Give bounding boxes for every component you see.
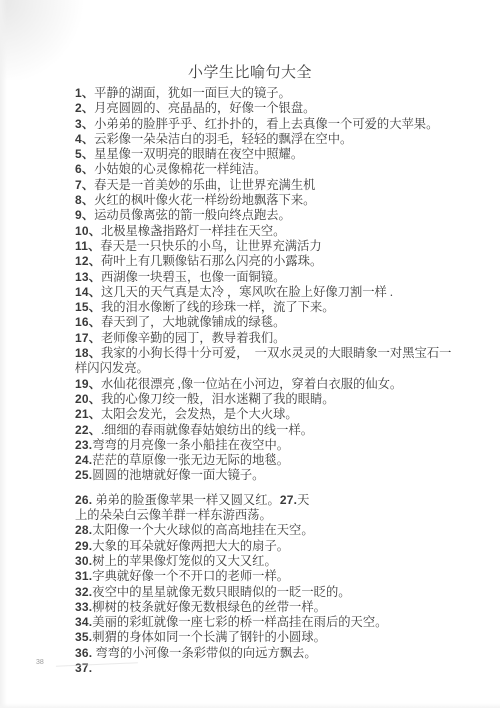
list-item: 30.树上的苹果像灯笼似的又大又红。: [75, 554, 467, 569]
item-text: .细细的春雨就像春姑娘纺出的线一样。: [101, 423, 313, 437]
item-number: 13、: [75, 270, 101, 284]
list-item: 23.弯弯的月亮像一条小船挂在夜空中。: [75, 438, 467, 453]
item-number: 14、: [75, 285, 101, 299]
item-number: 17、: [75, 331, 101, 345]
item-number: 2、: [75, 101, 94, 115]
item-number: 37.: [75, 661, 92, 675]
item-number: 16、: [75, 315, 101, 329]
item-text: 水仙花很漂亮 ,像一位站在小河边，穿着白衣服的仙女。: [101, 377, 402, 391]
document-page: 小学生比喻句大全 1、平静的湖面，犹如一面巨大的镜子。 2、月亮圆圆的、亮晶晶的…: [0, 0, 500, 708]
list-item: 22、.细细的春雨就像春姑娘纺出的线一样。: [75, 423, 467, 438]
list-item: 19、水仙花很漂亮 ,像一位站在小河边，穿着白衣服的仙女。: [75, 377, 467, 392]
item-text: 春天是一只快乐的小鸟，让世界充满活力: [100, 239, 321, 253]
item-number: 27.: [280, 493, 297, 507]
item-text: 天: [297, 493, 309, 507]
item-number: 10、: [75, 224, 101, 238]
item-text: 小弟弟的脸胖乎乎、红扑扑的，看上去真像一个可爱的大苹果。: [94, 117, 438, 131]
item-text: 春天到了，大地就像铺成的绿毯。: [101, 315, 285, 329]
list-item: 13、西湖像一块碧玉，也像一面铜镜。: [75, 270, 467, 285]
list-item: 8、火红的枫叶像火花一样纷纷地飘落下来。: [75, 193, 467, 208]
item-text: 圆圆的池塘就好像一面大镜子。: [92, 468, 264, 482]
item-number: 23.: [75, 438, 92, 452]
item-text: 样闪闪发亮。: [75, 361, 149, 375]
item-number: 30.: [75, 554, 92, 568]
list-item: 4、云彩像一朵朵洁白的羽毛，轻轻的飘浮在空中。: [75, 132, 467, 147]
list-item: 32.夜空中的星星就像无数只眼睛似的一眨一眨的。: [75, 585, 467, 600]
item-number: 24.: [75, 453, 92, 467]
list-item: 26. 弟弟的脸蛋像苹果一样又圆又红。27.天: [75, 493, 467, 508]
list-item: 5、星星像一双明亮的眼睛在夜空中照耀。: [75, 147, 467, 162]
list-item: 15、我的泪水像断了线的珍珠一样，流了下来。: [75, 300, 467, 315]
item-number: 26.: [75, 493, 92, 507]
list-item: 2、月亮圆圆的、亮晶晶的，好像一个银盘。: [75, 101, 467, 116]
footer-page-number: 38: [36, 659, 44, 666]
list-item: 28.太阳像一个大火球似的高高地挂在天空。: [75, 523, 467, 538]
item-number: 31.: [75, 569, 92, 583]
list-item: 35.刺猬的身体如同一个长满了钢针的小圆球。: [75, 630, 467, 645]
item-number: 19、: [75, 377, 101, 391]
simile-list: 1、平静的湖面，犹如一面巨大的镜子。 2、月亮圆圆的、亮晶晶的，好像一个银盘。 …: [75, 86, 467, 676]
item-number: 28.: [75, 523, 92, 537]
item-text: 北极星橡盏指路灯一样挂在天空。: [101, 224, 285, 238]
item-number: 4、: [75, 132, 94, 146]
list-item: 21、太阳会发光，会发热，是个大火球。: [75, 407, 467, 422]
item-number: 33.: [75, 600, 92, 614]
item-text: 上的朵朵白云像羊群一样东游西荡。: [75, 508, 272, 522]
item-text: 老师像辛勤的园丁，教导着我们。: [101, 331, 285, 345]
list-item: 12、荷叶上有几颗像钻石那么闪亮的小露珠。: [75, 254, 467, 269]
item-number: 35.: [75, 630, 92, 644]
list-item: 7、春天是一首美妙的乐曲，让世界充满生机: [75, 178, 467, 193]
list-item: 11、春天是一只快乐的小鸟，让世界充满活力: [75, 239, 467, 254]
list-item-continuation: 样闪闪发亮。: [75, 361, 467, 376]
item-text: 字典就好像一个不开口的老师一样。: [92, 569, 289, 583]
item-text: 星星像一双明亮的眼睛在夜空中照耀。: [94, 147, 303, 161]
item-number: 1、: [75, 86, 94, 100]
list-item: 29.大象的耳朵就好像两把大大的扇子。: [75, 539, 467, 554]
page-title: 小学生比喻句大全: [0, 61, 500, 82]
item-text: 西湖像一块碧玉，也像一面铜镜。: [101, 270, 285, 284]
list-item: 31.字典就好像一个不开口的老师一样。: [75, 569, 467, 584]
item-text: 大象的耳朵就好像两把大大的扇子。: [92, 539, 289, 553]
list-item: 20、我的心像刀绞一般，泪水迷糊了我的眼睛。: [75, 392, 467, 407]
list-item: 3、小弟弟的脸胖乎乎、红扑扑的，看上去真像一个可爱的大苹果。: [75, 117, 467, 132]
item-number: 7、: [75, 178, 94, 192]
list-item: 17、老师像辛勤的园丁，教导着我们。: [75, 331, 467, 346]
item-number: 3、: [75, 117, 94, 131]
list-item: 10、北极星橡盏指路灯一样挂在天空。: [75, 224, 467, 239]
item-number: 21、: [75, 407, 101, 421]
item-text: 火红的枫叶像火花一样纷纷地飘落下来。: [94, 193, 315, 207]
item-text: 夜空中的星星就像无数只眼睛似的一眨一眨的。: [92, 585, 350, 599]
item-text: 运动员像离弦的箭一般向终点跑去。: [94, 208, 291, 222]
list-item: 18、我家的小狗长得十分可爱， 一双水灵灵的大眼睛象一对黑宝石一: [75, 346, 467, 361]
item-text: 弟弟的脸蛋像苹果一样又圆又红。: [92, 493, 280, 507]
item-text: 小姑娘的心灵像棉花一样纯洁。: [94, 162, 266, 176]
item-text: 茫茫的草原像一张无边无际的地毯。: [92, 453, 289, 467]
list-item: 6、小姑娘的心灵像棉花一样纯洁。: [75, 162, 467, 177]
item-text: 太阳像一个大火球似的高高地挂在天空。: [92, 523, 313, 537]
item-number: 36.: [75, 646, 92, 660]
scan-left-edge: [0, 0, 7, 708]
item-text: 月亮圆圆的、亮晶晶的，好像一个银盘。: [94, 101, 315, 115]
item-text: 荷叶上有几颗像钻石那么闪亮的小露珠。: [101, 254, 322, 268]
item-text: 刺猬的身体如同一个长满了钢针的小圆球。: [92, 630, 326, 644]
item-text: 我的心像刀绞一般，泪水迷糊了我的眼睛。: [101, 392, 335, 406]
item-number: 22、: [75, 423, 101, 437]
item-number: 6、: [75, 162, 94, 176]
list-item: 1、平静的湖面，犹如一面巨大的镜子。: [75, 86, 467, 101]
item-text: 云彩像一朵朵洁白的羽毛，轻轻的飘浮在空中。: [94, 132, 352, 146]
item-text: 弯弯的小河像一条彩带似的向远方飘去。: [92, 646, 316, 660]
item-number: 5、: [75, 147, 94, 161]
item-number: 25.: [75, 468, 92, 482]
list-item: 33.柳树的枝条就好像无数根绿色的丝带一样。: [75, 600, 467, 615]
list-item: 14、这几天的天气真是太冷 ，寒风吹在脸上好像刀割一样 .: [75, 285, 467, 300]
item-number: 20、: [75, 392, 101, 406]
item-number: 8、: [75, 193, 94, 207]
list-item: 16、春天到了，大地就像铺成的绿毯。: [75, 315, 467, 330]
item-number: 29.: [75, 539, 92, 553]
list-item: 37.: [75, 661, 467, 676]
item-number: 11、: [75, 239, 100, 253]
list-item-continuation: 上的朵朵白云像羊群一样东游西荡。: [75, 508, 467, 523]
item-text: 平静的湖面，犹如一面巨大的镜子。: [94, 86, 291, 100]
item-text: 树上的苹果像灯笼似的又大又红。: [92, 554, 276, 568]
list-item: 36. 弯弯的小河像一条彩带似的向远方飘去。: [75, 646, 467, 661]
item-text: 我家的小狗长得十分可爱， 一双水灵灵的大眼睛象一对黑宝石一: [101, 346, 451, 360]
item-text: 太阳会发光，会发热，是个大火球。: [101, 407, 298, 421]
item-text: 柳树的枝条就好像无数根绿色的丝带一样。: [92, 600, 326, 614]
list-item: 24.茫茫的草原像一张无边无际的地毯。: [75, 453, 467, 468]
item-number: 12、: [75, 254, 101, 268]
item-text: 这几天的天气真是太冷 ，寒风吹在脸上好像刀割一样 .: [101, 285, 393, 299]
list-item: 9、运动员像离弦的箭一般向终点跑去。: [75, 208, 467, 223]
item-text: 美丽的彩虹就像一座七彩的桥一样高挂在雨后的天空。: [92, 615, 387, 629]
list-item: 25.圆圆的池塘就好像一面大镜子。: [75, 468, 467, 483]
item-number: 9、: [75, 208, 94, 222]
item-number: 18、: [75, 346, 101, 360]
scan-bottom-edge: [0, 703, 500, 708]
item-text: 我的泪水像断了线的珍珠一样，流了下来。: [101, 300, 335, 314]
item-number: 34.: [75, 615, 92, 629]
item-number: 32.: [75, 585, 92, 599]
item-text: 春天是一首美妙的乐曲，让世界充满生机: [94, 178, 315, 192]
item-number: 15、: [75, 300, 101, 314]
list-item: 34.美丽的彩虹就像一座七彩的桥一样高挂在雨后的天空。: [75, 615, 467, 630]
item-text: 弯弯的月亮像一条小船挂在夜空中。: [92, 438, 289, 452]
